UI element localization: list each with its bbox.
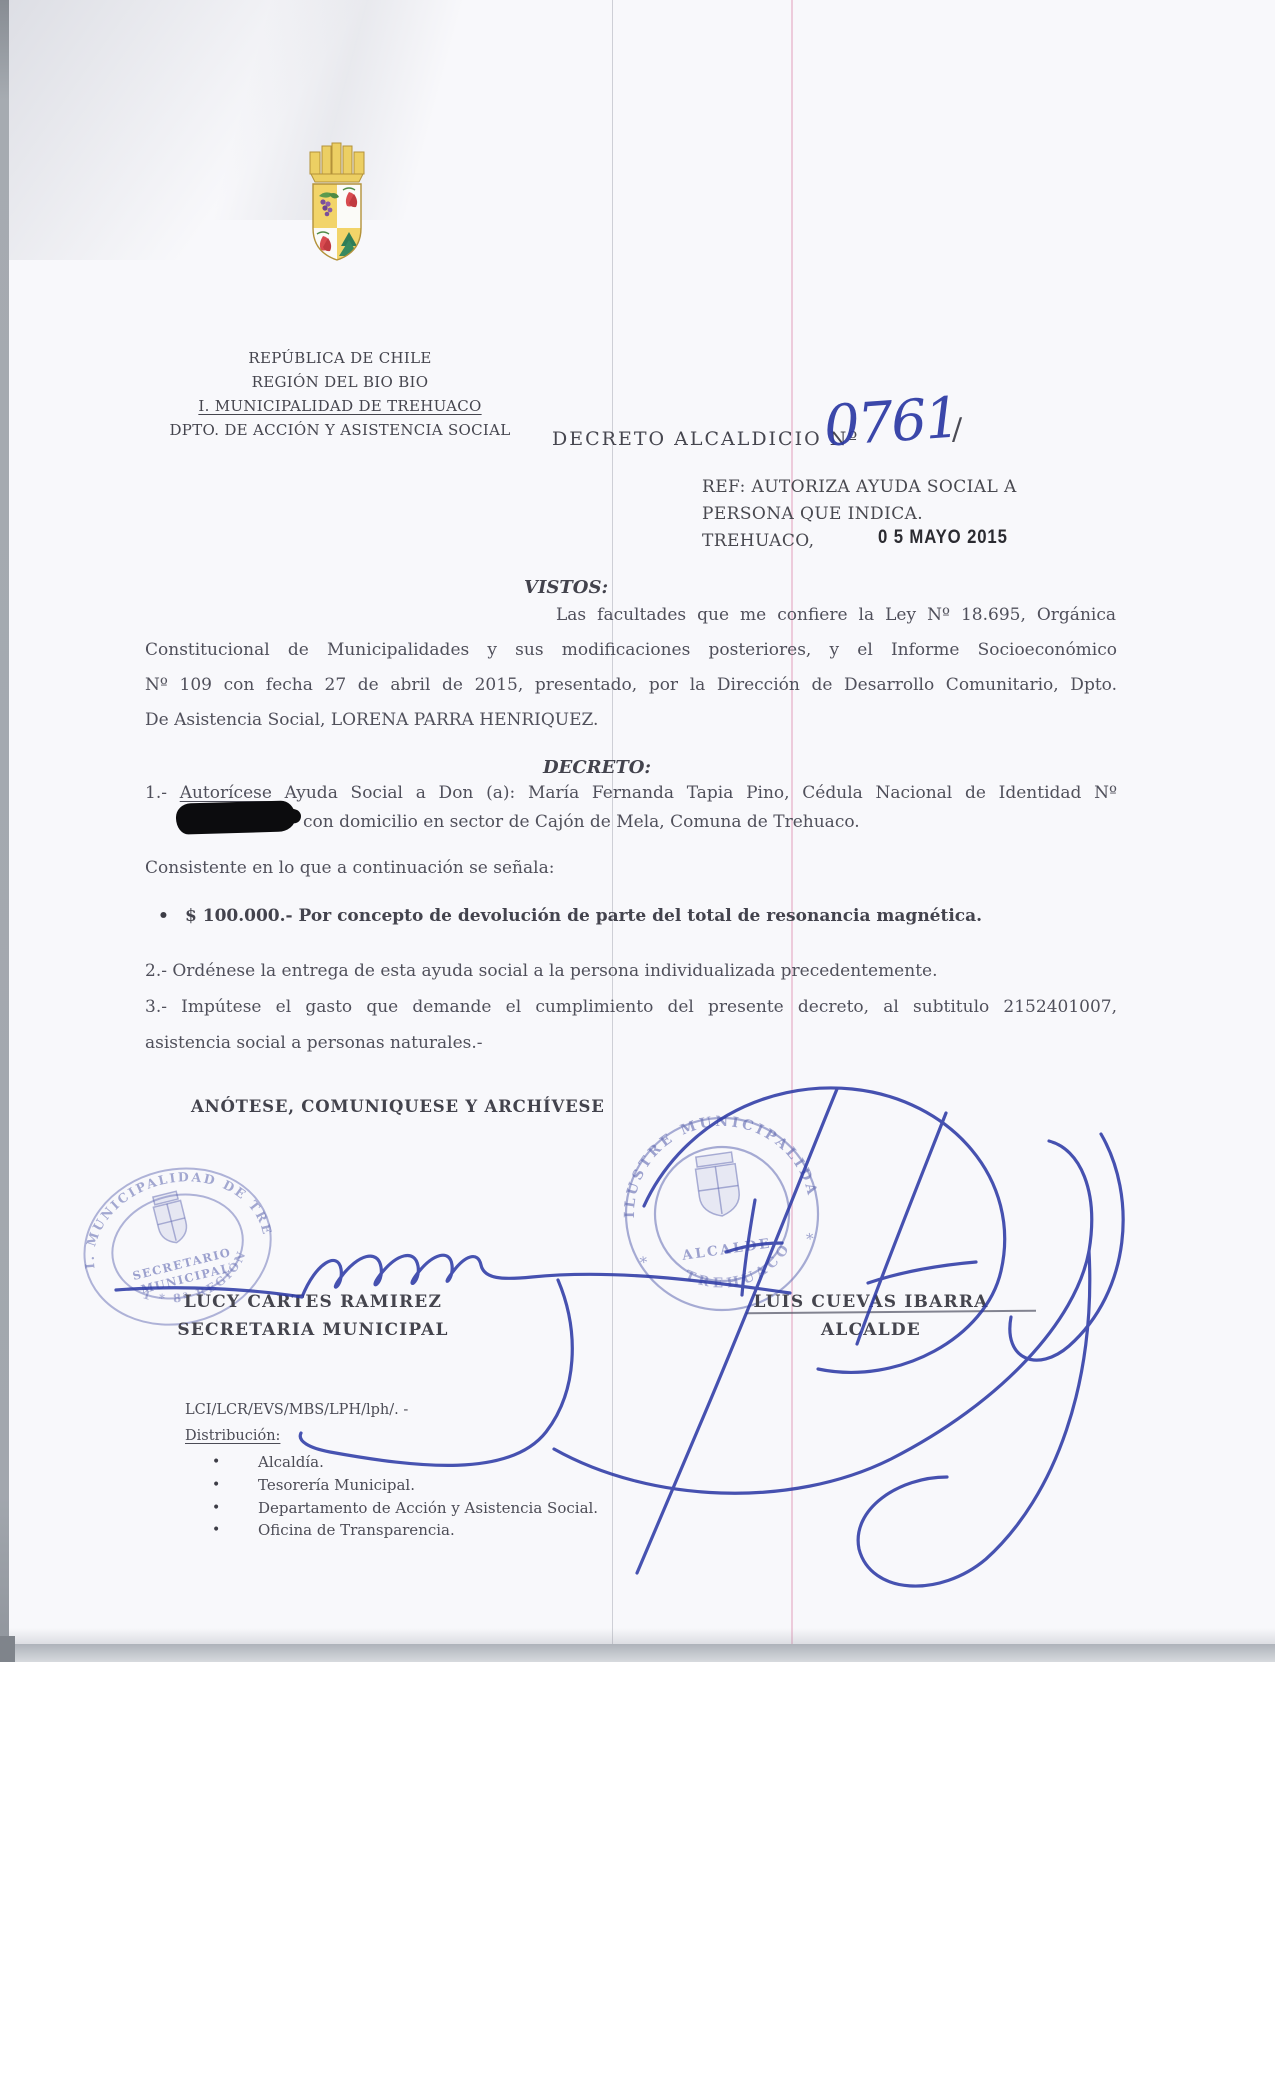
decreto-item-2: 2.- Ordénese la entrega de esta ayuda so… [145, 961, 938, 981]
date-stamp: 0 5 MAYO 2015 [878, 527, 1008, 549]
paper-crease-shadow-2 [60, 0, 700, 220]
secretary-stamp-shield [151, 1191, 190, 1246]
item1-text: Ayuda Social a Don (a): María Fernanda T… [272, 783, 1117, 803]
amount-bullet: $ 100.000.- Por concepto de devolución d… [158, 906, 982, 926]
secretary-title: SECRETARIA MUNICIPAL [158, 1320, 468, 1340]
letterhead-region: REGIÓN DEL BIO BIO [150, 370, 530, 394]
decree-title: DECRETO ALCALDICIO Nº [552, 428, 859, 450]
distribution-item-2: Tesorería Municipal. [212, 1476, 415, 1494]
ref-place: TREHUACO, [702, 531, 814, 551]
ref-line-2: PERSONA QUE INDICA. [702, 504, 923, 524]
item1-verb-underlined: Autorícese [180, 783, 272, 803]
ref-line-1: REF: AUTORIZA AYUDA SOCIAL A [702, 477, 1017, 497]
mayor-stamp-asterisk-right: * [805, 1229, 815, 1248]
vistos-line-2: Constitucional de Municipalidades y sus … [145, 640, 1117, 666]
item1-number: 1.- [145, 783, 180, 803]
letterhead-department: DPTO. DE ACCIÓN Y ASISTENCIA SOCIAL [150, 418, 530, 442]
crown [310, 143, 364, 182]
coat-of-arms [299, 136, 375, 308]
vistos-label: VISTOS: [524, 577, 608, 598]
vistos-line-4: De Asistencia Social, LORENA PARRA HENRI… [145, 710, 598, 730]
letterhead-country: REPÚBLICA DE CHILE [150, 346, 530, 370]
closing-formula: ANÓTESE, COMUNIQUESE Y ARCHÍVESE [191, 1097, 605, 1116]
letterhead: REPÚBLICA DE CHILE REGIÓN DEL BIO BIO I.… [150, 346, 530, 442]
scanned-decree-page: REPÚBLICA DE CHILE REGIÓN DEL BIO BIO I.… [0, 0, 1275, 2100]
decreto-item-3-line-2: asistencia social a personas naturales.- [145, 1033, 483, 1053]
page-bottom-shadow [0, 1628, 1275, 1644]
mayor-stamp-asterisk-left: * [639, 1253, 649, 1272]
scanner-edge-left [0, 0, 9, 1662]
secretary-name: LUCY CARTES RAMIREZ [158, 1292, 468, 1312]
decreto-item-1-line-2: con domicilio en sector de Cajón de Mela… [303, 812, 860, 832]
mayor-stamp-shield [694, 1152, 742, 1219]
redaction-bar [176, 800, 296, 834]
mayor-title: ALCALDE [716, 1320, 1026, 1340]
decreto-label: DECRETO: [543, 757, 651, 778]
decree-number-handwritten: 0761 [822, 385, 961, 459]
distribution-item-3: Departamento de Acción y Asistencia Soci… [212, 1499, 598, 1517]
mayor-stamp-role: ALCALDE [680, 1235, 773, 1264]
mayor-name: LUIS CUEVAS IBARRA [716, 1292, 1026, 1312]
initials-line: LCI/LCR/EVS/MBS/LPH/lph/. - [185, 1402, 408, 1418]
scanner-corner-notch [0, 1636, 15, 1662]
vistos-line-1: Las facultades que me confiere la Ley Nº… [556, 605, 1116, 631]
letterhead-municipality: I. MUNICIPALIDAD DE TREHUACO [150, 394, 530, 418]
decree-number-slash: / [952, 412, 962, 447]
distribution-item-1: Alcaldía. [212, 1453, 324, 1471]
distribution-item-4: Oficina de Transparencia. [212, 1521, 455, 1539]
scanner-edge-bottom [0, 1644, 1275, 1662]
consistente-line: Consistente en lo que a continuación se … [145, 858, 554, 878]
decreto-item-3: 3.- Impútese el gasto que demande el cum… [145, 997, 1117, 1023]
distribution-label: Distribución: [185, 1428, 280, 1444]
vistos-line-3: Nº 109 con fecha 27 de abril de 2015, pr… [145, 675, 1117, 701]
